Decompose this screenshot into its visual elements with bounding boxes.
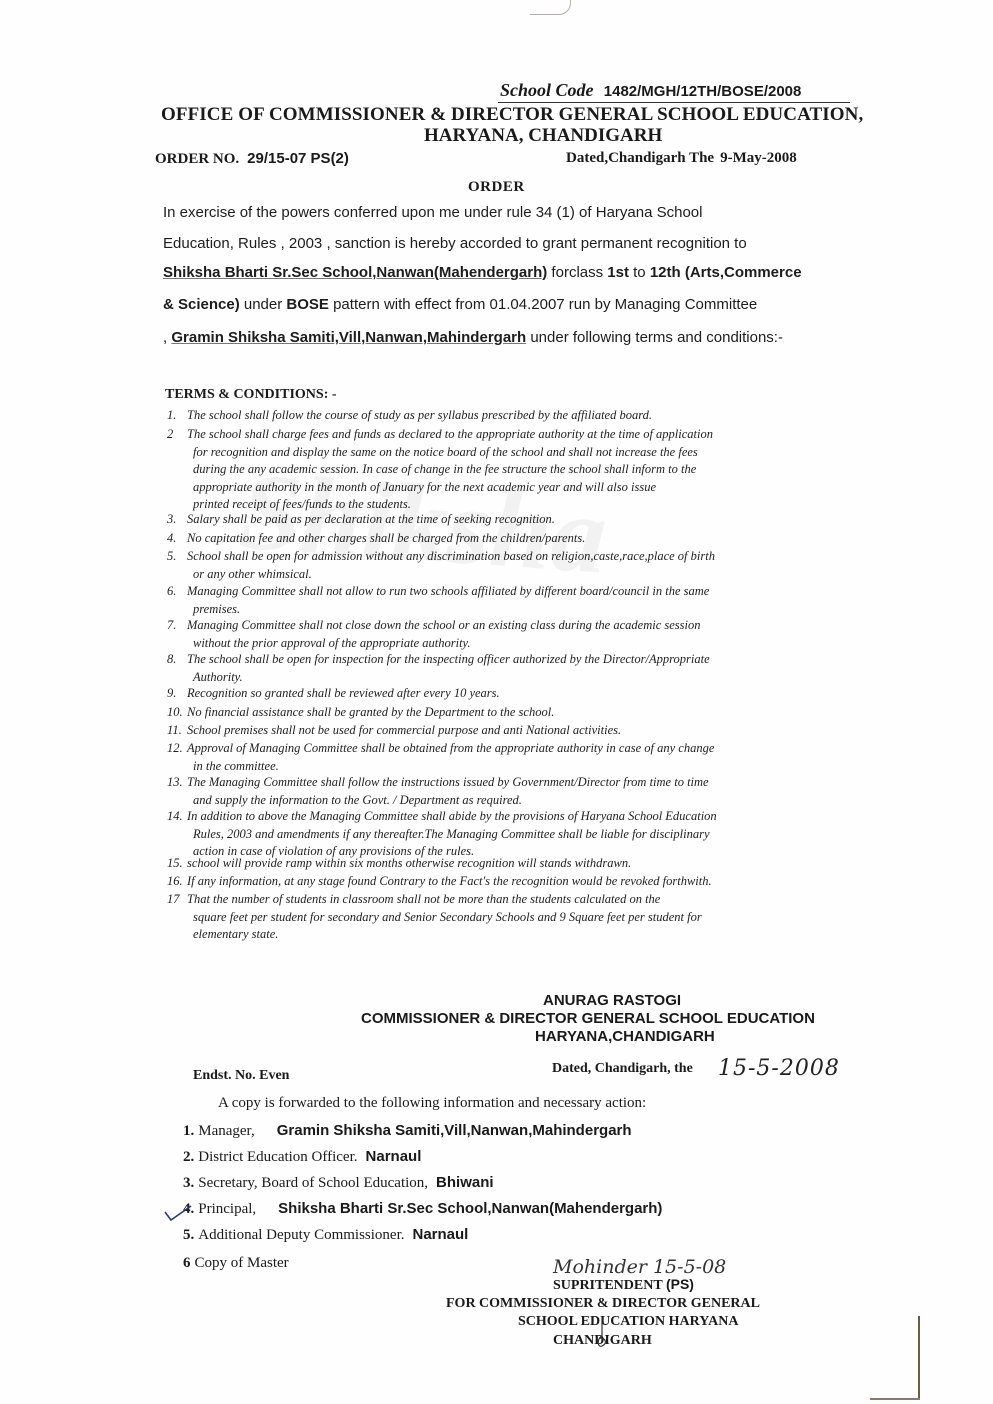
- term-number: 7.: [167, 618, 187, 633]
- term-number: 9.: [167, 686, 187, 701]
- school-code-value: 1482/MGH/12TH/BOSE/2008: [604, 83, 802, 100]
- recipient-organization: Shiksha Bharti Sr.Sec School,Nanwan(Mahe…: [278, 1200, 662, 1217]
- term-text: The Managing Committee shall follow the …: [187, 775, 709, 789]
- pattern: BOSE: [286, 296, 329, 313]
- streams-cont: & Science): [163, 296, 240, 313]
- term-item-continuation: or any other whimsical.: [193, 567, 312, 582]
- copy-forward-intro: A copy is forwarded to the following inf…: [218, 1095, 646, 1112]
- term-text: school will provide ramp within six mont…: [187, 856, 631, 870]
- school-code-label: School Code: [500, 80, 594, 100]
- term-text: Salary shall be paid as per declaration …: [187, 512, 555, 526]
- school-name: Shiksha Bharti Sr.Sec School,Nanwan(Mahe…: [163, 264, 547, 281]
- term-item-continuation: elementary state.: [193, 927, 278, 942]
- term-text: Recognition so granted shall be reviewed…: [187, 686, 500, 700]
- checkmark-icon: [164, 1204, 192, 1222]
- school-code-underline: [498, 102, 850, 103]
- term-number: 12.: [167, 741, 187, 756]
- term-item: 3.Salary shall be paid as per declaratio…: [167, 512, 555, 527]
- term-item: 13.The Managing Committee shall follow t…: [167, 775, 709, 790]
- recipient-organization: Narnaul: [366, 1148, 422, 1165]
- recipient-organization: Bhiwani: [436, 1174, 494, 1191]
- term-item: 17That the number of students in classro…: [167, 892, 660, 907]
- superintendent-title: SUPRITENDENT (PS): [553, 1276, 694, 1294]
- term-item: 10.No financial assistance shall be gran…: [167, 705, 554, 720]
- recipient-role: Copy of Master: [195, 1255, 289, 1271]
- page-edge: [918, 1316, 920, 1398]
- term-number: 2: [167, 427, 187, 442]
- recipient-organization: Gramin Shiksha Samiti,Vill,Nanwan,Mahind…: [277, 1122, 632, 1139]
- term-item-continuation: appropriate authority in the month of Ja…: [193, 480, 656, 495]
- term-number: 10.: [167, 705, 187, 720]
- term-number: 16.: [167, 874, 187, 889]
- term-text: School premises shall not be used for co…: [187, 723, 621, 737]
- office-title: OFFICE OF COMMISSIONER & DIRECTOR GENERA…: [161, 104, 863, 126]
- term-item: 6.Managing Committee shall not allow to …: [167, 584, 709, 599]
- term-text: No capitation fee and other charges shal…: [187, 531, 585, 545]
- term-item-continuation: and supply the information to the Govt. …: [193, 793, 522, 808]
- scanned-order-document: Shiksha School Code 1482/MGH/12TH/BOSE/2…: [0, 0, 993, 1404]
- body-line-4: & Science) under BOSE pattern with effec…: [163, 296, 757, 313]
- endorsement-number: Endst. No. Even: [193, 1068, 289, 1084]
- office-location: HARYANA, CHANDIGARH: [424, 125, 662, 147]
- term-item: 15.school will provide ramp within six m…: [167, 856, 631, 871]
- term-item-continuation: Rules, 2003 and amendments if any therea…: [193, 827, 710, 842]
- body-line-1: In exercise of the powers conferred upon…: [163, 204, 702, 221]
- recipient-role: District Education Officer.: [198, 1149, 357, 1165]
- term-item: 9.Recognition so granted shall be review…: [167, 686, 500, 701]
- term-number: 14.: [167, 809, 187, 824]
- term-item-continuation: premises.: [193, 602, 240, 617]
- term-item: 2The school shall charge fees and funds …: [167, 427, 713, 442]
- recipient-role: Secretary, Board of School Education,: [198, 1175, 428, 1191]
- term-item-continuation: printed receipt of fees/funds to the stu…: [193, 497, 411, 512]
- recipient-role: Manager,: [198, 1123, 254, 1139]
- recipient-item: 3.Secretary, Board of School Education,B…: [183, 1174, 494, 1192]
- term-item: 7.Managing Committee shall not close dow…: [167, 618, 701, 633]
- term-text: Approval of Managing Committee shall be …: [187, 741, 714, 755]
- signature-flourish: [596, 1318, 608, 1348]
- class-to: 12th: [650, 264, 681, 281]
- term-item-continuation: without the prior approval of the approp…: [193, 636, 471, 651]
- term-number: 4.: [167, 531, 187, 546]
- recipient-role: Principal,: [198, 1201, 256, 1217]
- order-number: ORDER NO.29/15-07 PS(2): [155, 150, 349, 168]
- recipient-number: 3.: [183, 1175, 194, 1191]
- ink-mark: [530, 0, 571, 15]
- order-date: Dated,Chandigarh The9-May-2008: [566, 150, 797, 167]
- term-item: 14.In addition to above the Managing Com…: [167, 809, 717, 824]
- term-item: 11.School premises shall not be used for…: [167, 723, 621, 738]
- term-item-continuation: square feet per student for secondary an…: [193, 910, 702, 925]
- term-text: The school shall charge fees and funds a…: [187, 427, 713, 441]
- term-text: Managing Committee shall not allow to ru…: [187, 584, 709, 598]
- page-edge-bottom: [870, 1398, 920, 1400]
- handwritten-date: 15-5-2008: [718, 1056, 840, 1081]
- term-text: School shall be open for admission witho…: [187, 549, 715, 563]
- recipient-number: 1.: [183, 1123, 194, 1139]
- body-line-5: , Gramin Shiksha Samiti,Vill,Nanwan,Mahi…: [163, 329, 783, 346]
- term-text: In addition to above the Managing Commit…: [187, 809, 717, 823]
- term-number: 1.: [167, 408, 187, 423]
- handwritten-signature: Mohinder 15-5-08: [553, 1256, 726, 1278]
- term-item-continuation: during the any academic session. In case…: [193, 462, 696, 477]
- streams: (Arts,Commerce: [681, 264, 802, 281]
- term-number: 5.: [167, 549, 187, 564]
- signatory-designation: COMMISSIONER & DIRECTOR GENERAL SCHOOL E…: [361, 1010, 815, 1027]
- term-item-continuation: Authority.: [193, 670, 243, 685]
- superintendent-line-1: FOR COMMISSIONER & DIRECTOR GENERAL: [446, 1296, 760, 1312]
- order-number-value: 29/15-07 PS(2): [247, 150, 349, 167]
- term-number: 11.: [167, 723, 187, 738]
- recipient-organization: Narnaul: [413, 1226, 469, 1243]
- recipient-item: 1.Manager,Gramin Shiksha Samiti,Vill,Nan…: [183, 1122, 632, 1140]
- term-number: 6.: [167, 584, 187, 599]
- order-heading: ORDER: [468, 179, 525, 196]
- recipient-number: 2.: [183, 1149, 194, 1165]
- term-text: No financial assistance shall be granted…: [187, 705, 554, 719]
- school-code: School Code 1482/MGH/12TH/BOSE/2008: [500, 80, 801, 101]
- order-date-value: 9-May-2008: [720, 150, 797, 166]
- terms-heading: TERMS & CONDITIONS: -: [165, 387, 337, 403]
- term-text: The school shall follow the course of st…: [187, 408, 652, 422]
- term-item: 12.Approval of Managing Committee shall …: [167, 741, 714, 756]
- term-number: 3.: [167, 512, 187, 527]
- term-number: 15.: [167, 856, 187, 871]
- term-text: The school shall be open for inspection …: [187, 652, 710, 666]
- signatory-name: ANURAG RASTOGI: [543, 992, 681, 1009]
- recipient-item: 2.District Education Officer.Narnaul: [183, 1148, 421, 1166]
- class-from: 1st: [607, 264, 629, 281]
- term-text: If any information, at any stage found C…: [187, 874, 712, 888]
- term-item-continuation: for recognition and display the same on …: [193, 445, 698, 460]
- superintendent-line-2: SCHOOL EDUCATION HARYANA: [518, 1314, 738, 1330]
- recipient-item: 4.Principal,Shiksha Bharti Sr.Sec School…: [183, 1200, 662, 1218]
- recipient-item: 6Copy of Master: [183, 1254, 297, 1272]
- order-date-label: Dated,Chandigarh The: [566, 150, 714, 166]
- term-number: 13.: [167, 775, 187, 790]
- recipient-role: Additional Deputy Commissioner.: [198, 1227, 404, 1243]
- term-item: 8.The school shall be open for inspectio…: [167, 652, 710, 667]
- term-item: 5.School shall be open for admission wit…: [167, 549, 715, 564]
- recipient-number: 5.: [183, 1227, 194, 1243]
- recipient-item: 5.Additional Deputy Commissioner.Narnaul: [183, 1226, 468, 1244]
- term-item: 4.No capitation fee and other charges sh…: [167, 531, 585, 546]
- endorsement-date-label: Dated, Chandigarh, the: [552, 1061, 693, 1077]
- signatory-location: HARYANA,CHANDIGARH: [535, 1028, 715, 1045]
- term-text: That the number of students in classroom…: [187, 892, 660, 906]
- body-line-3: Shiksha Bharti Sr.Sec School,Nanwan(Mahe…: [163, 264, 802, 281]
- term-number: 17: [167, 892, 187, 907]
- recipient-number: 6: [183, 1255, 191, 1271]
- order-number-label: ORDER NO.: [155, 151, 239, 167]
- term-text: Managing Committee shall not close down …: [187, 618, 701, 632]
- term-number: 8.: [167, 652, 187, 667]
- term-item-continuation: in the committee.: [193, 759, 279, 774]
- body-line-2: Education, Rules , 2003 , sanction is he…: [163, 235, 747, 252]
- term-item: 16.If any information, at any stage foun…: [167, 874, 712, 889]
- term-item: 1.The school shall follow the course of …: [167, 408, 652, 423]
- committee-name: Gramin Shiksha Samiti,Vill,Nanwan,Mahind…: [171, 329, 526, 346]
